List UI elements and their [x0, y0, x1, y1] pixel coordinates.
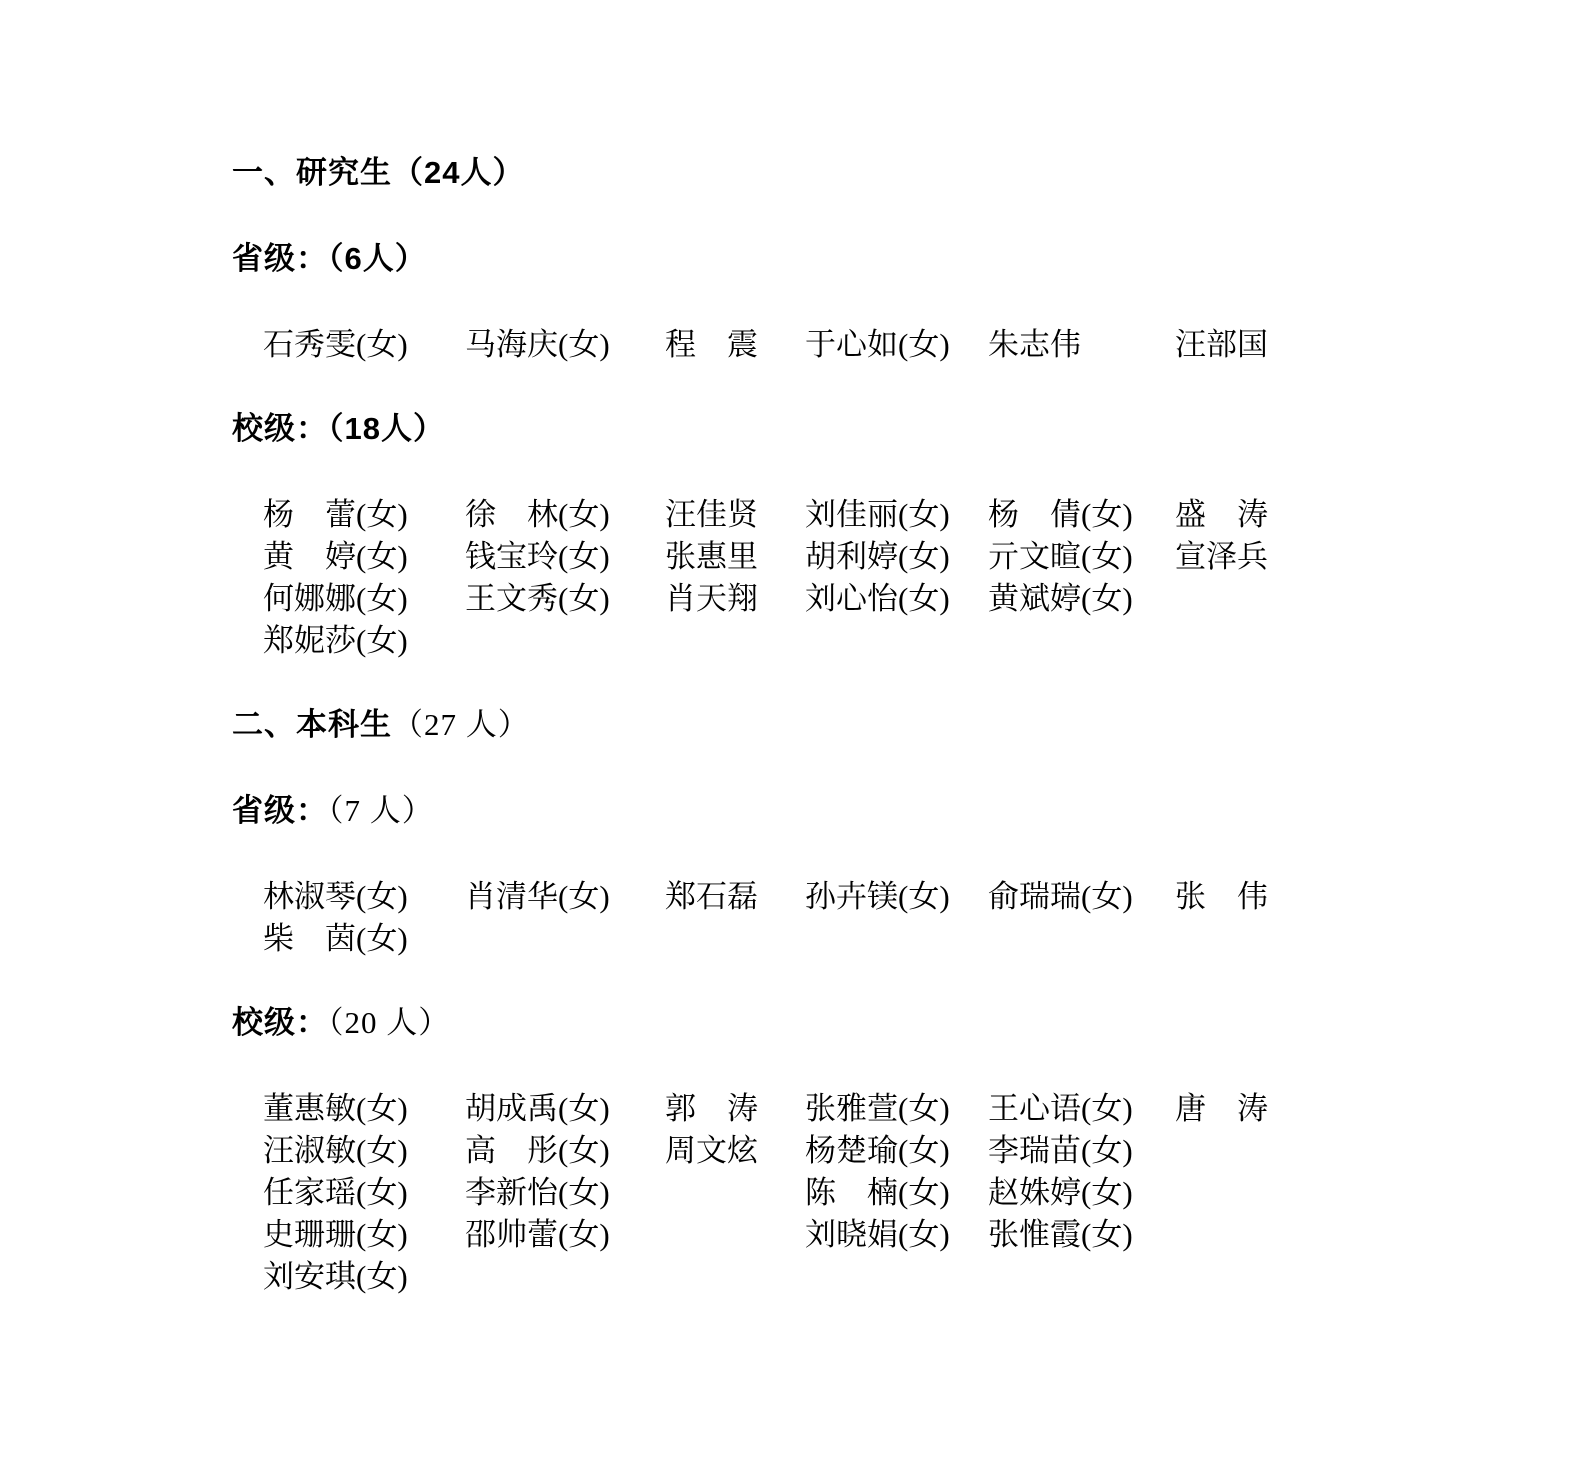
person-name: 郑妮莎(女)	[263, 620, 465, 662]
person-name: 周文炫	[665, 1130, 805, 1172]
person-name: 汪淑敏(女)	[263, 1130, 465, 1172]
undergraduate-provincial-count: （7 人）	[328, 793, 434, 828]
person-name: 李瑞苗(女)	[988, 1130, 1175, 1172]
person-name: 石秀雯(女)	[263, 324, 465, 366]
person-name: 亓文暄(女)	[988, 536, 1175, 578]
graduate-school-heading: 校级：（18人）	[232, 408, 1527, 450]
person-name: 董惠敏(女)	[263, 1088, 465, 1130]
person-name: 黄 婷(女)	[263, 536, 465, 578]
document-page: 一、研究生（24人） 省级：（6人） 石秀雯(女)马海庆(女)程 震于心如(女)…	[0, 0, 1587, 1460]
undergraduate-provincial-heading: 省级：（7 人）	[232, 790, 1527, 832]
name-row: 任家瑶(女)李新怡(女)陈 楠(女)赵姝婷(女)	[263, 1172, 1527, 1214]
person-name: 林淑琴(女)	[263, 876, 465, 918]
empty-cell	[805, 1256, 988, 1298]
name-row: 史珊珊(女)邵帅蕾(女)刘晓娟(女)张惟霞(女)	[263, 1214, 1527, 1256]
person-name: 王心语(女)	[988, 1088, 1175, 1130]
empty-cell	[805, 620, 988, 662]
person-name: 唐 涛	[1175, 1088, 1268, 1130]
empty-cell	[465, 918, 665, 960]
section-graduate-heading: 一、研究生（24人）	[232, 152, 1527, 194]
person-name: 刘安琪(女)	[263, 1256, 465, 1298]
undergraduate-provincial-label: 省级：	[232, 793, 328, 828]
empty-cell	[665, 620, 805, 662]
name-row: 林淑琴(女)肖清华(女)郑石磊孙卉镁(女)俞瑞瑞(女)张 伟	[263, 876, 1527, 918]
empty-cell	[988, 620, 1175, 662]
person-name: 李新怡(女)	[465, 1172, 665, 1214]
undergraduate-school-name-list: 董惠敏(女)胡成禹(女)郭 涛张雅萱(女)王心语(女)唐 涛汪淑敏(女)高 彤(…	[263, 1088, 1527, 1298]
person-name: 朱志伟	[988, 324, 1175, 366]
name-row: 董惠敏(女)胡成禹(女)郭 涛张雅萱(女)王心语(女)唐 涛	[263, 1088, 1527, 1130]
undergraduate-school-count: （20 人）	[328, 1005, 450, 1040]
section-graduate: 一、研究生（24人） 省级：（6人） 石秀雯(女)马海庆(女)程 震于心如(女)…	[232, 152, 1527, 662]
graduate-provincial-heading: 省级：（6人）	[232, 238, 1527, 280]
empty-cell	[665, 1172, 805, 1214]
person-name: 邵帅蕾(女)	[465, 1214, 665, 1256]
person-name: 钱宝玲(女)	[465, 536, 665, 578]
empty-cell	[805, 918, 988, 960]
name-row: 杨 蕾(女)徐 林(女)汪佳贤刘佳丽(女)杨 倩(女)盛 涛	[263, 494, 1527, 536]
person-name: 胡成禹(女)	[465, 1088, 665, 1130]
graduate-provincial-label: 省级：	[232, 241, 328, 276]
person-name: 肖天翔	[665, 578, 805, 620]
name-row: 黄 婷(女)钱宝玲(女)张惠里胡利婷(女)亓文暄(女)宣泽兵	[263, 536, 1527, 578]
person-name: 黄斌婷(女)	[988, 578, 1175, 620]
person-name: 刘佳丽(女)	[805, 494, 988, 536]
person-name: 俞瑞瑞(女)	[988, 876, 1175, 918]
person-name: 孙卉镁(女)	[805, 876, 988, 918]
section-graduate-title: 一、研究生	[232, 155, 392, 190]
name-row: 柴 茵(女)	[263, 918, 1527, 960]
name-row: 汪淑敏(女)高 彤(女)周文炫杨楚瑜(女)李瑞苗(女)	[263, 1130, 1527, 1172]
section-graduate-count: （24人）	[392, 155, 524, 190]
section-undergraduate-heading: 二、本科生（27 人）	[232, 704, 1527, 746]
section-undergraduate-count: （27 人）	[392, 707, 530, 742]
person-name: 汪佳贤	[665, 494, 805, 536]
empty-cell	[988, 1256, 1175, 1298]
name-row: 刘安琪(女)	[263, 1256, 1527, 1298]
empty-cell	[465, 1256, 665, 1298]
person-name: 郭 涛	[665, 1088, 805, 1130]
undergraduate-provincial-name-list: 林淑琴(女)肖清华(女)郑石磊孙卉镁(女)俞瑞瑞(女)张 伟柴 茵(女)	[263, 876, 1527, 960]
person-name: 杨楚瑜(女)	[805, 1130, 988, 1172]
person-name: 何娜娜(女)	[263, 578, 465, 620]
graduate-school-label: 校级：	[232, 411, 328, 446]
person-name: 史珊珊(女)	[263, 1214, 465, 1256]
person-name: 宣泽兵	[1175, 536, 1268, 578]
person-name: 刘心怡(女)	[805, 578, 988, 620]
name-row: 郑妮莎(女)	[263, 620, 1527, 662]
person-name: 张雅萱(女)	[805, 1088, 988, 1130]
person-name: 赵姝婷(女)	[988, 1172, 1175, 1214]
undergraduate-school-heading: 校级：（20 人）	[232, 1002, 1527, 1044]
person-name: 徐 林(女)	[465, 494, 665, 536]
undergraduate-school-label: 校级：	[232, 1005, 328, 1040]
person-name: 陈 楠(女)	[805, 1172, 988, 1214]
name-row: 石秀雯(女)马海庆(女)程 震于心如(女)朱志伟汪部国	[263, 324, 1527, 366]
empty-cell	[665, 1214, 805, 1256]
person-name: 王文秀(女)	[465, 578, 665, 620]
person-name: 张 伟	[1175, 876, 1268, 918]
person-name: 郑石磊	[665, 876, 805, 918]
person-name: 胡利婷(女)	[805, 536, 988, 578]
person-name: 肖清华(女)	[465, 876, 665, 918]
person-name: 任家瑶(女)	[263, 1172, 465, 1214]
graduate-school-name-list: 杨 蕾(女)徐 林(女)汪佳贤刘佳丽(女)杨 倩(女)盛 涛黄 婷(女)钱宝玲(…	[263, 494, 1527, 662]
person-name: 柴 茵(女)	[263, 918, 465, 960]
empty-cell	[665, 918, 805, 960]
section-undergraduate: 二、本科生（27 人） 省级：（7 人） 林淑琴(女)肖清华(女)郑石磊孙卉镁(…	[232, 704, 1527, 1298]
person-name: 盛 涛	[1175, 494, 1268, 536]
person-name: 汪部国	[1175, 324, 1268, 366]
person-name: 张惠里	[665, 536, 805, 578]
name-row: 何娜娜(女)王文秀(女)肖天翔刘心怡(女)黄斌婷(女)	[263, 578, 1527, 620]
graduate-school-count: （18人）	[328, 411, 445, 446]
person-name: 高 彤(女)	[465, 1130, 665, 1172]
person-name: 张惟霞(女)	[988, 1214, 1175, 1256]
person-name: 马海庆(女)	[465, 324, 665, 366]
person-name: 程 震	[665, 324, 805, 366]
empty-cell	[988, 918, 1175, 960]
person-name: 刘晓娟(女)	[805, 1214, 988, 1256]
person-name: 于心如(女)	[805, 324, 988, 366]
empty-cell	[665, 1256, 805, 1298]
empty-cell	[465, 620, 665, 662]
person-name: 杨 倩(女)	[988, 494, 1175, 536]
graduate-provincial-name-list: 石秀雯(女)马海庆(女)程 震于心如(女)朱志伟汪部国	[263, 324, 1527, 366]
section-undergraduate-title: 二、本科生	[232, 707, 392, 742]
graduate-provincial-count: （6人）	[328, 241, 427, 276]
person-name: 杨 蕾(女)	[263, 494, 465, 536]
